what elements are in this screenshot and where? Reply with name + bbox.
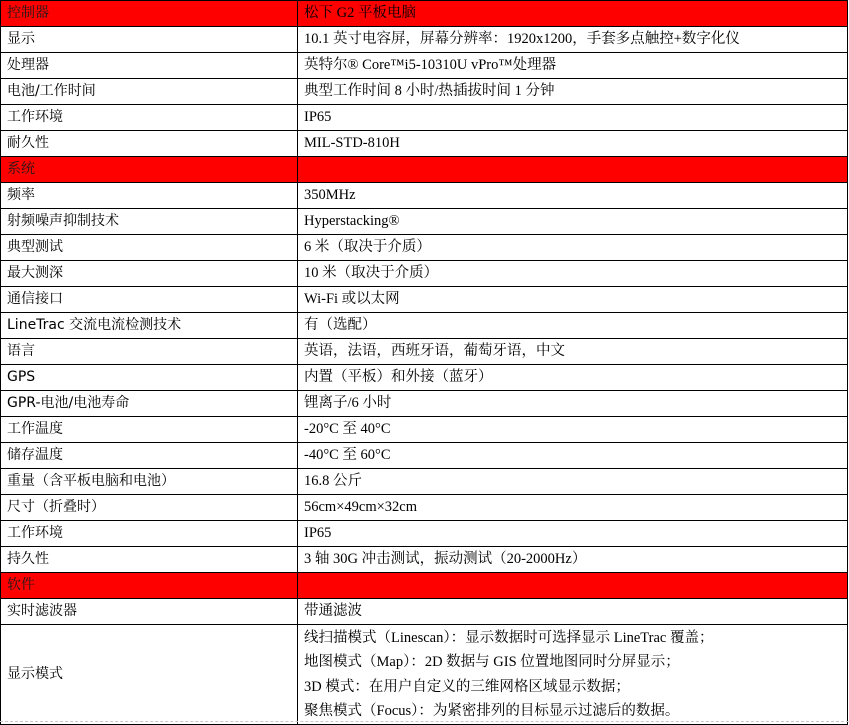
display-mode-linescan: 线扫描模式（Linescan）：显示数据时可选择显示 LineTrac 覆盖； (304, 626, 847, 651)
spec-label: 射频噪声抑制技术 (1, 209, 298, 235)
spec-value: Wi-Fi 或以太网 (298, 287, 848, 313)
spec-value: 16.8 公斤 (298, 469, 848, 495)
spec-label: 工作环境 (1, 521, 298, 547)
table-row: 工作温度 -20°C 至 40°C (1, 417, 848, 443)
spec-label: 重量（含平板电脑和电池） (1, 469, 298, 495)
section-label: 控制器 (1, 1, 298, 27)
section-row-software: 软件 (1, 573, 848, 599)
display-mode-map: 地图模式（Map）：2D 数据与 GIS 位置地图同时分屏显示； (304, 650, 847, 675)
section-value: 松下 G2 平板电脑 (298, 1, 848, 27)
spec-value: 56cm×49cm×32cm (298, 495, 848, 521)
spec-table-body: 控制器 松下 G2 平板电脑 显示 10.1 英寸电容屏，屏幕分辨率：1920x… (1, 1, 848, 725)
section-value (298, 157, 848, 183)
spec-value: MIL-STD-810H (298, 131, 848, 157)
spec-label: 频率 (1, 183, 298, 209)
spec-label: 储存温度 (1, 443, 298, 469)
spec-label: 处理器 (1, 53, 298, 79)
spec-label: GPR-电池/电池寿命 (1, 391, 298, 417)
section-label: 软件 (1, 573, 298, 599)
section-label: 系统 (1, 157, 298, 183)
table-row: 持久性 3 轴 30G 冲击测试，振动测试（20-2000Hz） (1, 547, 848, 573)
spec-label: 通信接口 (1, 287, 298, 313)
table-row: 语言 英语，法语，西班牙语，葡萄牙语，中文 (1, 339, 848, 365)
table-row: 频率 350MHz (1, 183, 848, 209)
spec-label: 最大测深 (1, 261, 298, 287)
spec-value: 内置（平板）和外接（蓝牙） (298, 365, 848, 391)
spec-label: 持久性 (1, 547, 298, 573)
table-row: 耐久性 MIL-STD-810H (1, 131, 848, 157)
section-row-controller: 控制器 松下 G2 平板电脑 (1, 1, 848, 27)
spec-label: 实时滤波器 (1, 599, 298, 625)
section-value (298, 573, 848, 599)
spec-label: LineTrac 交流电流检测技术 (1, 313, 298, 339)
spec-label: 显示模式 (1, 625, 298, 725)
table-row: 典型测试 6 米（取决于介质） (1, 235, 848, 261)
spec-value: IP65 (298, 105, 848, 131)
display-mode-3d: 3D 模式：在用户自定义的三维网格区域显示数据； (304, 675, 847, 700)
table-row: 处理器 英特尔® Core™i5-10310U vPro™处理器 (1, 53, 848, 79)
spec-value: 典型工作时间 8 小时/热插拔时间 1 分钟 (298, 79, 848, 105)
table-row: 重量（含平板电脑和电池） 16.8 公斤 (1, 469, 848, 495)
table-row: LineTrac 交流电流检测技术 有（选配） (1, 313, 848, 339)
spec-value: 6 米（取决于介质） (298, 235, 848, 261)
spec-label: 显示 (1, 27, 298, 53)
spec-label: 电池/工作时间 (1, 79, 298, 105)
spec-value: 350MHz (298, 183, 848, 209)
spec-value: 有（选配） (298, 313, 848, 339)
table-row: GPR-电池/电池寿命 锂离子/6 小时 (1, 391, 848, 417)
spec-label: 工作环境 (1, 105, 298, 131)
spec-value: 英语，法语，西班牙语，葡萄牙语，中文 (298, 339, 848, 365)
spec-label: 典型测试 (1, 235, 298, 261)
table-row: 工作环境 IP65 (1, 521, 848, 547)
table-row: 电池/工作时间 典型工作时间 8 小时/热插拔时间 1 分钟 (1, 79, 848, 105)
spec-table: 控制器 松下 G2 平板电脑 显示 10.1 英寸电容屏，屏幕分辨率：1920x… (0, 0, 848, 724)
spec-label: GPS (1, 365, 298, 391)
spec-value: 3 轴 30G 冲击测试，振动测试（20-2000Hz） (298, 547, 848, 573)
table-row: 最大测深 10 米（取决于介质） (1, 261, 848, 287)
spec-label: 工作温度 (1, 417, 298, 443)
spec-label: 语言 (1, 339, 298, 365)
table-row-display-modes: 显示模式 线扫描模式（Linescan）：显示数据时可选择显示 LineTrac… (1, 625, 848, 725)
table-row: 尺寸（折叠时） 56cm×49cm×32cm (1, 495, 848, 521)
spec-value: Hyperstacking® (298, 209, 848, 235)
display-modes-list: 线扫描模式（Linescan）：显示数据时可选择显示 LineTrac 覆盖； … (298, 625, 848, 725)
spec-value: IP65 (298, 521, 848, 547)
spec-label: 尺寸（折叠时） (1, 495, 298, 521)
table-row: 储存温度 -40°C 至 60°C (1, 443, 848, 469)
spec-value: 锂离子/6 小时 (298, 391, 848, 417)
display-mode-focus: 聚焦模式（Focus）：为紧密排列的目标显示过滤后的数据。 (304, 699, 847, 724)
table-row: GPS 内置（平板）和外接（蓝牙） (1, 365, 848, 391)
spec-value: 10 米（取决于介质） (298, 261, 848, 287)
table-row: 通信接口 Wi-Fi 或以太网 (1, 287, 848, 313)
table-row: 显示 10.1 英寸电容屏，屏幕分辨率：1920x1200，手套多点触控+数字化… (1, 27, 848, 53)
table-row: 实时滤波器 带通滤波 (1, 599, 848, 625)
table-row: 射频噪声抑制技术 Hyperstacking® (1, 209, 848, 235)
table-row: 工作环境 IP65 (1, 105, 848, 131)
spec-value: -20°C 至 40°C (298, 417, 848, 443)
section-row-system: 系统 (1, 157, 848, 183)
spec-value: 带通滤波 (298, 599, 848, 625)
spec-value: 10.1 英寸电容屏，屏幕分辨率：1920x1200，手套多点触控+数字化仪 (298, 27, 848, 53)
spec-value: -40°C 至 60°C (298, 443, 848, 469)
spec-value: 英特尔® Core™i5-10310U vPro™处理器 (298, 53, 848, 79)
spec-label: 耐久性 (1, 131, 298, 157)
